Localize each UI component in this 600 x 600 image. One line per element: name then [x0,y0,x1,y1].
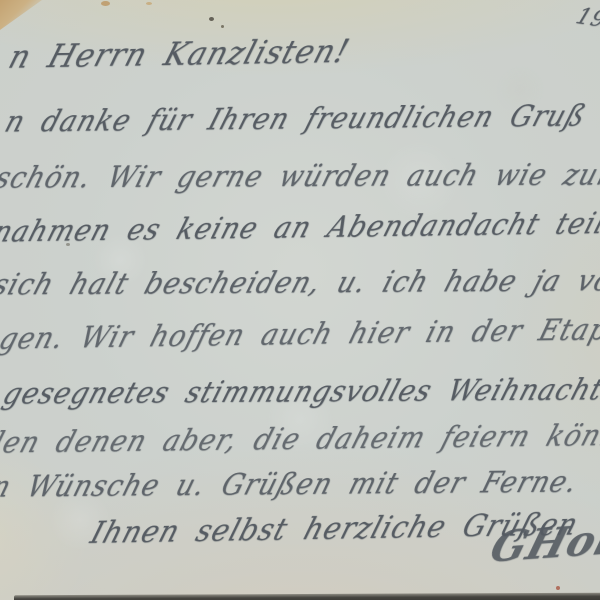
body-line: n Wünsche u. Grüßen mit der Ferne. [0,466,582,505]
body-line: n danke für Ihren freundlichen Gruß und [1,99,600,139]
ink-speck [209,17,214,21]
body-line: sich halt bescheiden, u. ich habe ja von… [0,264,600,303]
letter-photo: 19 n Herrn Kanzlisten! n danke für Ihren… [0,0,600,600]
ink-speck [221,25,224,28]
stain-speck [101,1,110,6]
signature: GHol [485,515,600,572]
salutation-line: n Herrn Kanzlisten! [4,33,354,77]
body-line: gesegnetes stimmungsvolles Weihnachtsfes… [0,373,600,411]
stain-speck [556,586,560,590]
stain-speck [146,2,152,5]
body-line: schön. Wir gerne würden auch wie zur F [0,158,600,195]
